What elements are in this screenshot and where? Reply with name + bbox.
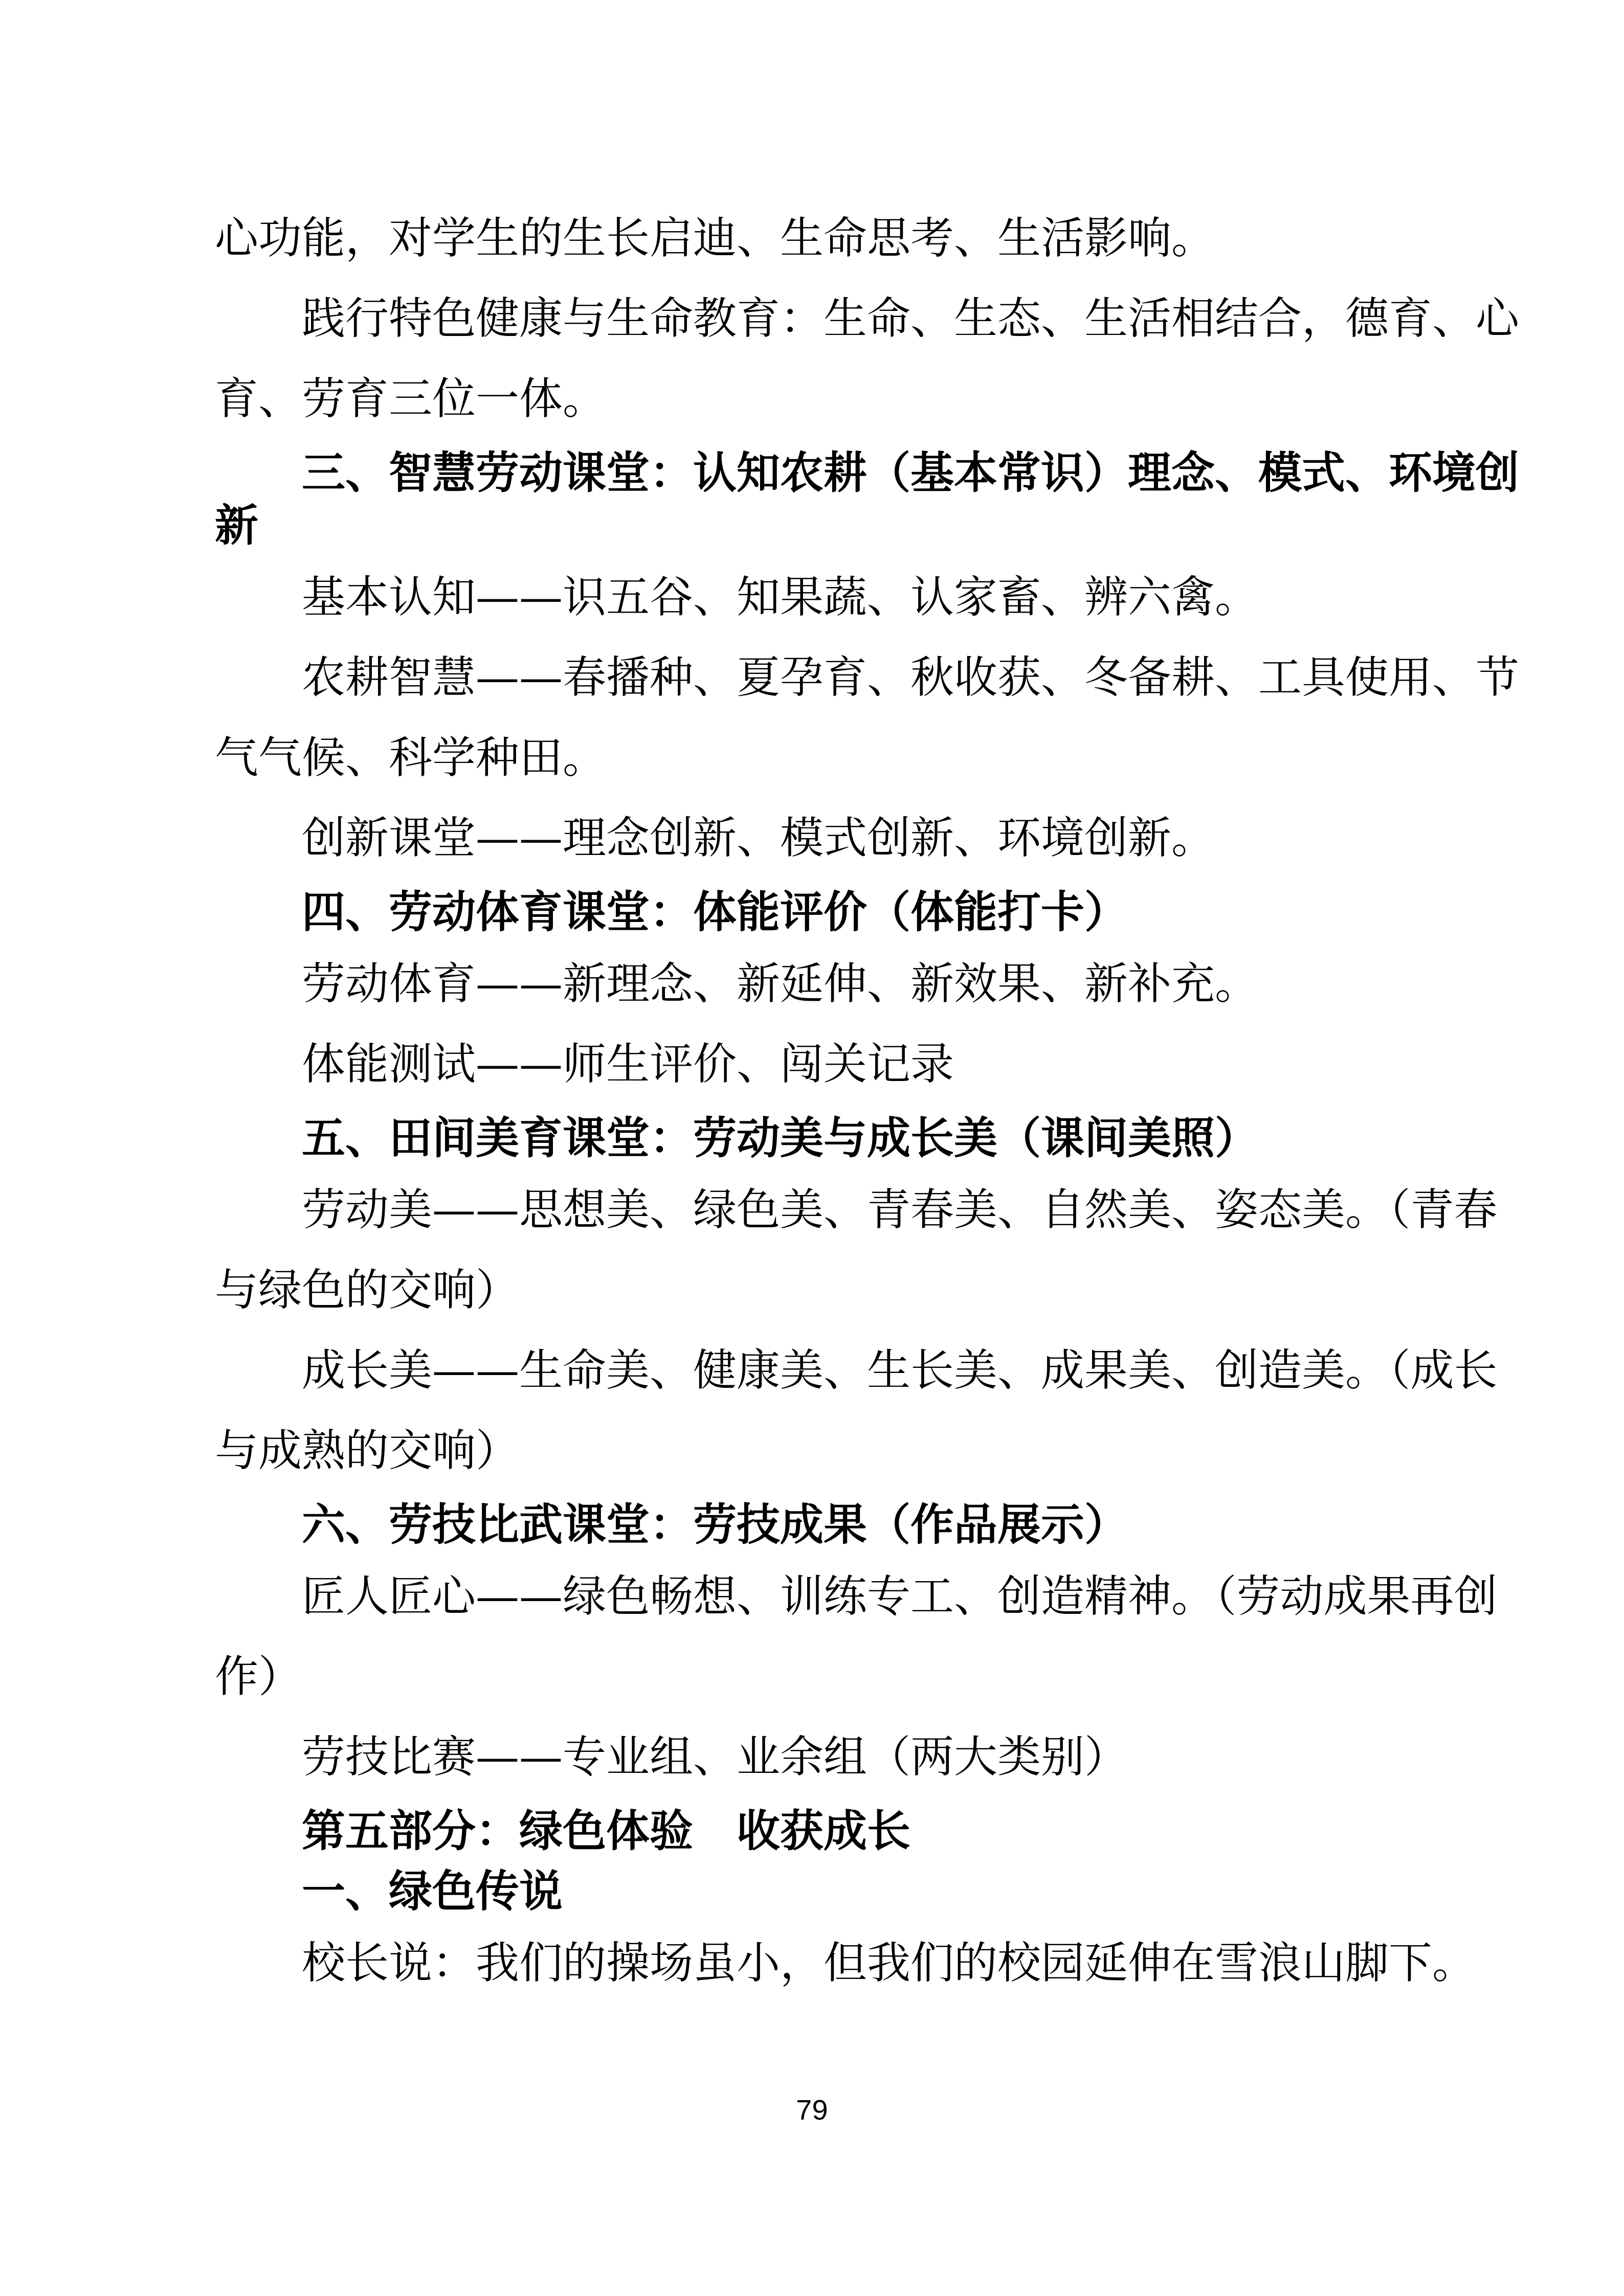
text-line: 作） <box>215 1637 1524 1717</box>
paragraph: 创新课堂——理念创新、模式创新、环境创新。 <box>215 798 1524 879</box>
text-line: 心功能，对学生的生长启迪、生命思考、生活影响。 <box>215 198 1524 279</box>
section-heading: 五、田间美育课堂：劳动美与成长美（课间美照） <box>215 1112 1524 1165</box>
text-line: 与成熟的交响） <box>215 1411 1524 1491</box>
text-line: 创新课堂——理念创新、模式创新、环境创新。 <box>215 798 1524 879</box>
section-heading: 第五部分：绿色体验 收获成长 <box>215 1805 1524 1858</box>
section-heading: 一、绿色传说 <box>215 1865 1524 1918</box>
text-line: 一、绿色传说 <box>215 1865 1524 1918</box>
text-line: 劳技比赛——专业组、业余组（两大类别） <box>215 1717 1524 1797</box>
paragraph: 匠人匠心——绿色畅想、训练专工、创造精神。（劳动成果再创作） <box>215 1557 1524 1717</box>
page-number: 79 <box>0 2095 1624 2125</box>
text-line: 三、智慧劳动课堂：认知农耕（基本常识）理念、模式、环境创 <box>215 447 1524 500</box>
text-line: 育、劳育三位一体。 <box>215 359 1524 439</box>
text-line: 劳动美——思想美、绿色美、青春美、自然美、姿态美。（青春 <box>215 1170 1524 1250</box>
text-line: 第五部分：绿色体验 收获成长 <box>215 1805 1524 1858</box>
text-line: 成长美——生命美、健康美、生长美、成果美、创造美。（成长 <box>215 1331 1524 1411</box>
paragraph: 成长美——生命美、健康美、生长美、成果美、创造美。（成长与成熟的交响） <box>215 1331 1524 1491</box>
document-page: 心功能，对学生的生长启迪、生命思考、生活影响。践行特色健康与生命教育：生命、生态… <box>0 0 1624 2296</box>
text-line: 劳动体育——新理念、新延伸、新效果、新补充。 <box>215 944 1524 1024</box>
text-line: 与绿色的交响） <box>215 1250 1524 1331</box>
paragraph: 基本认知——识五谷、知果蔬、认家畜、辨六禽。 <box>215 557 1524 638</box>
section-heading: 六、劳技比武课堂：劳技成果（作品展示） <box>215 1499 1524 1551</box>
text-line: 四、劳动体育课堂：体能评价（体能打卡） <box>215 886 1524 939</box>
paragraph: 劳技比赛——专业组、业余组（两大类别） <box>215 1717 1524 1797</box>
text-line: 匠人匠心——绿色畅想、训练专工、创造精神。（劳动成果再创 <box>215 1557 1524 1637</box>
text-line: 新 <box>215 500 1524 552</box>
paragraph: 践行特色健康与生命教育：生命、生态、生活相结合，德育、心育、劳育三位一体。 <box>215 279 1524 439</box>
paragraph: 劳动美——思想美、绿色美、青春美、自然美、姿态美。（青春与绿色的交响） <box>215 1170 1524 1331</box>
paragraph: 劳动体育——新理念、新延伸、新效果、新补充。 <box>215 944 1524 1024</box>
paragraph: 体能测试——师生评价、闯关记录 <box>215 1024 1524 1105</box>
section-heading: 三、智慧劳动课堂：认知农耕（基本常识）理念、模式、环境创新 <box>215 447 1524 552</box>
paragraph: 心功能，对学生的生长启迪、生命思考、生活影响。 <box>215 198 1524 279</box>
text-line: 践行特色健康与生命教育：生命、生态、生活相结合，德育、心 <box>215 279 1524 359</box>
text-line: 体能测试——师生评价、闯关记录 <box>215 1024 1524 1105</box>
text-line: 校长说：我们的操场虽小，但我们的校园延伸在雪浪山脚下。 <box>215 1923 1524 2004</box>
text-line: 基本认知——识五谷、知果蔬、认家畜、辨六禽。 <box>215 557 1524 638</box>
text-line: 五、田间美育课堂：劳动美与成长美（课间美照） <box>215 1112 1524 1165</box>
text-line: 气气候、科学种田。 <box>215 718 1524 798</box>
text-line: 六、劳技比武课堂：劳技成果（作品展示） <box>215 1499 1524 1551</box>
paragraph: 农耕智慧——春播种、夏孕育、秋收获、冬备耕、工具使用、节气气候、科学种田。 <box>215 638 1524 798</box>
document-body: 心功能，对学生的生长启迪、生命思考、生活影响。践行特色健康与生命教育：生命、生态… <box>215 198 1524 2004</box>
section-heading: 四、劳动体育课堂：体能评价（体能打卡） <box>215 886 1524 939</box>
text-line: 农耕智慧——春播种、夏孕育、秋收获、冬备耕、工具使用、节 <box>215 638 1524 718</box>
paragraph: 校长说：我们的操场虽小，但我们的校园延伸在雪浪山脚下。 <box>215 1923 1524 2004</box>
